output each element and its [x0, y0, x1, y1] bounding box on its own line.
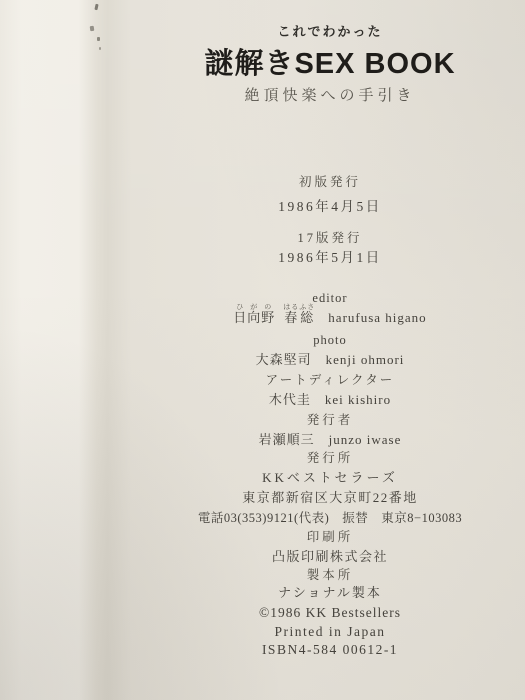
ink-speck — [94, 4, 98, 10]
publisher-company-name: KKベストセラーズ — [135, 469, 525, 487]
photographer-name: 大森堅司 — [256, 352, 312, 367]
first-edition-label: 初版発行 — [135, 173, 525, 191]
art-director-name: 木代圭 — [269, 392, 311, 407]
publisher-company-label: 発行所 — [135, 449, 525, 467]
photo-credit-line: 大森堅司kenji ohmori — [135, 351, 525, 369]
book-tagline: これでわかった — [135, 23, 525, 41]
editor-romaji: harufusa higano — [328, 310, 426, 325]
publisher-person-line: 岩瀬順三junzo iwase — [135, 431, 525, 449]
publisher-person-label: 発行者 — [135, 411, 525, 429]
copyright-line: ©1986 KK Bestsellers — [135, 604, 525, 622]
art-director-line: 木代圭kei kishiro — [135, 391, 525, 409]
publisher-phone-line: 電話03(353)9121(代表) 振替 東京8−103083 — [135, 509, 525, 527]
first-edition-date: 1986年4月5日 — [135, 198, 525, 216]
binder-name: ナショナル製本 — [135, 584, 525, 602]
publisher-person-name: 岩瀬順三 — [259, 432, 315, 447]
printed-in-japan-line: Printed in Japan — [135, 623, 525, 641]
photo-credit-label: photo — [135, 331, 525, 349]
editor-surname: 日向野ひがの — [233, 310, 275, 325]
editor-given-name: 春総はるふさ — [283, 310, 314, 325]
art-director-romaji: kei kishiro — [325, 392, 391, 407]
book-colophon-page-photo: これでわかった 謎解きSEX BOOK 絶頂快楽への手引き 初版発行 1986年… — [0, 0, 525, 700]
colophon-text-column: これでわかった 謎解きSEX BOOK 絶頂快楽への手引き 初版発行 1986年… — [135, 0, 525, 700]
photographer-romaji: kenji ohmori — [326, 352, 405, 367]
binder-label: 製本所 — [135, 566, 525, 584]
publisher-person-romaji: junzo iwase — [329, 432, 402, 447]
publisher-address: 東京都新宿区大京町22番地 — [135, 489, 525, 507]
book-subtitle: 絶頂快楽への手引き — [135, 87, 525, 105]
isbn-line: ISBN4-584 00612-1 — [135, 641, 525, 659]
current-printing-date: 1986年5月1日 — [135, 249, 525, 267]
art-director-label: アートディレクター — [135, 371, 525, 389]
ink-speck — [97, 37, 100, 41]
ink-speck — [90, 26, 95, 32]
ink-speck — [99, 47, 101, 50]
printer-label: 印刷所 — [135, 528, 525, 546]
editor-name-line: 日向野ひがの春総はるふさharufusa higano — [135, 303, 525, 331]
book-title: 謎解きSEX BOOK — [135, 47, 525, 81]
current-printing-label: 17版発行 — [135, 229, 525, 247]
printer-name: 凸版印刷株式会社 — [135, 548, 525, 566]
